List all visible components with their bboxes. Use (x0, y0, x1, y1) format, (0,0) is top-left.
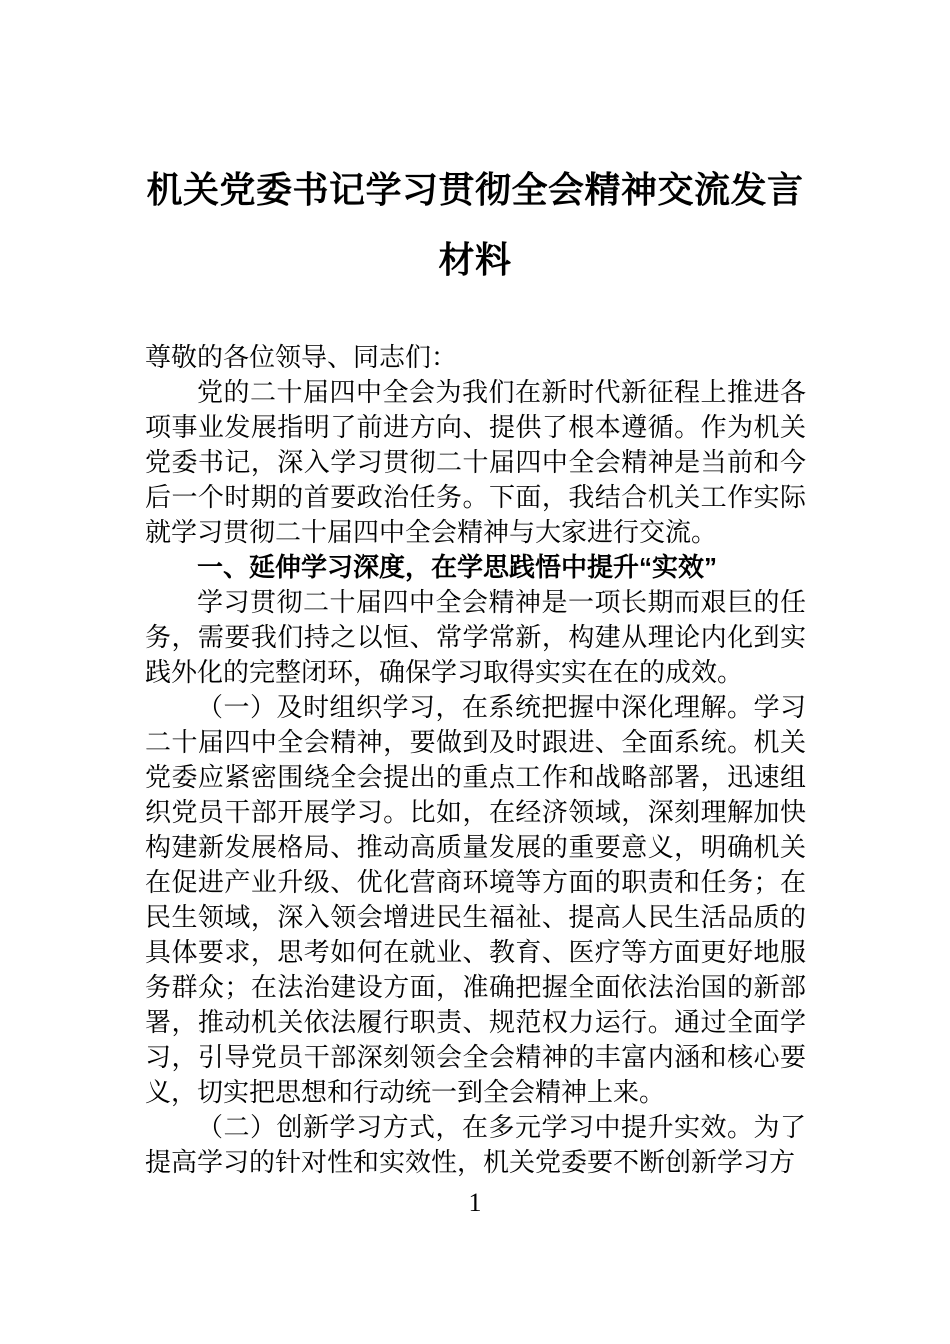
section-heading-1: 一、延伸学习深度，在学思践悟中提升“实效” (145, 550, 806, 585)
document-page: 机关党委书记学习贯彻全会精神交流发言 材料 尊敬的各位领导、同志们： 党的二十届… (0, 0, 950, 1344)
title-line-2: 材料 (0, 225, 950, 295)
body-paragraph-intro: 党的二十届四中全会为我们在新时代新征程上推进各项事业发展指明了前进方向、提供了根… (145, 375, 806, 550)
title-line-1: 机关党委书记学习贯彻全会精神交流发言 (0, 155, 950, 225)
document-body: 尊敬的各位领导、同志们： 党的二十届四中全会为我们在新时代新征程上推进各项事业发… (145, 340, 806, 1180)
salutation-line: 尊敬的各位领导、同志们： (145, 340, 806, 375)
body-paragraph-point-1: （一）及时组织学习，在系统把握中深化理解。学习二十届四中全会精神，要做到及时跟进… (145, 690, 806, 1110)
body-paragraph-point-2: （二）创新学习方式，在多元学习中提升实效。为了提高学习的针对性和实效性，机关党委… (145, 1110, 806, 1180)
document-title: 机关党委书记学习贯彻全会精神交流发言 材料 (0, 155, 950, 295)
body-paragraph-section1-intro: 学习贯彻二十届四中全会精神是一项长期而艰巨的任务，需要我们持之以恒、常学常新，构… (145, 585, 806, 690)
page-number: 1 (0, 1189, 950, 1217)
